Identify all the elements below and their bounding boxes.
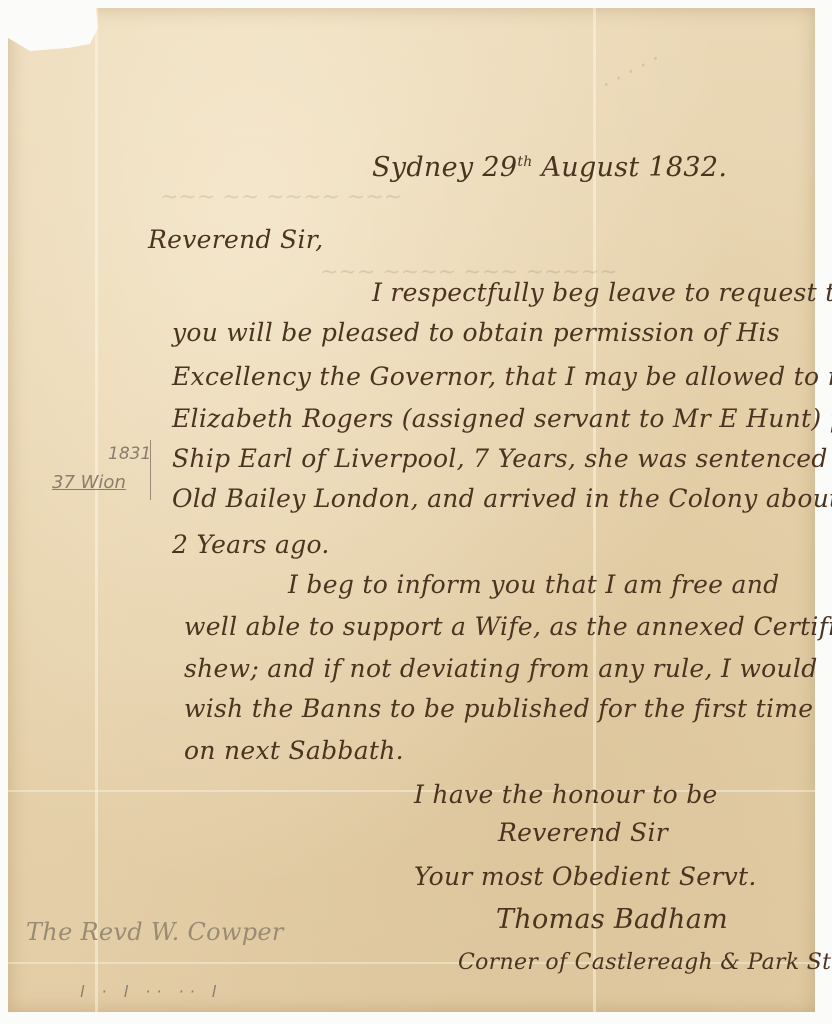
body-line: well able to support a Wife, as the anne… [184, 612, 832, 641]
dateline-place: Sydney [372, 152, 473, 183]
body-line: Excellency the Governor, that I may be a… [172, 362, 832, 391]
salutation: Reverend Sir, [148, 225, 324, 254]
margin-rule [150, 440, 151, 500]
body-line: 2 Years ago. [172, 530, 330, 559]
closing-line: Reverend Sir [498, 818, 668, 847]
dateline-day: 29 [482, 152, 517, 183]
body-line: shew; and if not deviating from any rule… [184, 654, 818, 683]
bottom-marks: l · l ·· ·· l [80, 982, 222, 1001]
body-line: I beg to inform you that I am free and [288, 570, 779, 599]
dateline-month-year: August 1832. [541, 152, 727, 183]
closing-line: Your most Obedient Servt. [414, 862, 757, 891]
closing-line: I have the honour to be [414, 780, 718, 809]
margin-note-year: 1831 [108, 444, 151, 464]
margin-note-ref: 37 Wion [52, 472, 126, 493]
body-line: on next Sabbath. [184, 736, 404, 765]
body-line: Ship Earl of Liverpool, 7 Years, she was… [172, 444, 832, 473]
body-line: Elizabeth Rogers (assigned servant to Mr… [172, 404, 832, 433]
bleed-through-text: ~~~ ~~ ~~~~ ~~~ [160, 185, 402, 210]
fold-crease [95, 8, 98, 1012]
body-line: wish the Banns to be published for the f… [184, 694, 813, 723]
signature: Thomas Badham [496, 904, 728, 935]
body-line: Old Bailey London, and arrived in the Co… [172, 484, 832, 513]
sender-address: Corner of Castlereagh & Park Streets. [458, 950, 832, 975]
body-line: you will be pleased to obtain permission… [172, 318, 780, 347]
addressee: The Revd W. Cowper [26, 918, 284, 946]
dateline-day-suffix: th [517, 154, 532, 170]
body-line: I respectfully beg leave to request that [372, 278, 832, 307]
dateline: Sydney 29th August 1832. [372, 152, 727, 183]
